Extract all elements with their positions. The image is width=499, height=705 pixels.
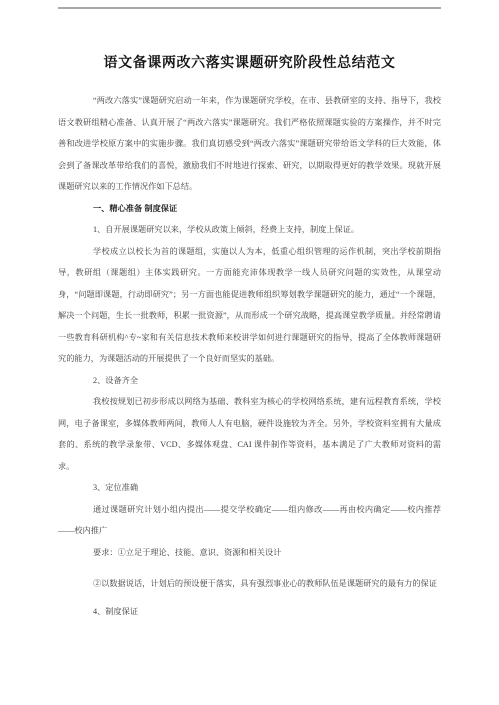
paragraph: 通过课题研究计划小组内提出——提交学校确定——组内修改——再由校内确定——校内推… bbox=[58, 499, 441, 542]
paragraph: 学校成立以校长为首的课题组，实施以人为本，低重心组织管理的运作机制，突出学校前期… bbox=[58, 241, 441, 370]
paragraph: 3、定位准确 bbox=[58, 477, 441, 499]
document-page: 语文备课两改六落实课题研究阶段性总结范文 “两改六落实”课题研究启动一年来，作为… bbox=[0, 0, 499, 705]
paragraph: 4、制度保证 bbox=[58, 601, 441, 623]
section-heading: 一、精心准备 制度保证 bbox=[58, 198, 441, 220]
paragraph: 2、设备齐全 bbox=[58, 370, 441, 392]
paragraph: ②以数据说话，计划后的预设便于落实，具有强烈事业心的教师队伍是课题研究的最有力的… bbox=[58, 573, 441, 595]
paragraph: 要求：①立足于理论、技能、意识、资源和相关设计 bbox=[58, 542, 441, 564]
document-title: 语文备课两改六落实课题研究阶段性总结范文 bbox=[58, 52, 441, 72]
paragraph: “两改六落实”课题研究启动一年来，作为课题研究学校，在市、县教研室的支持、指导下… bbox=[58, 90, 441, 198]
paragraph: 我校按规划已初步形成以网络为基础、教科室为核心的学校网络系统，建有远程教育系统，… bbox=[58, 391, 441, 477]
paragraph: 1、自开展课题研究以来，学校从政策上倾斜，经费上支持，制度上保证。 bbox=[58, 219, 441, 241]
document-body: “两改六落实”课题研究启动一年来，作为课题研究学校，在市、县教研室的支持、指导下… bbox=[58, 90, 441, 622]
page-top-border bbox=[58, 7, 441, 9]
